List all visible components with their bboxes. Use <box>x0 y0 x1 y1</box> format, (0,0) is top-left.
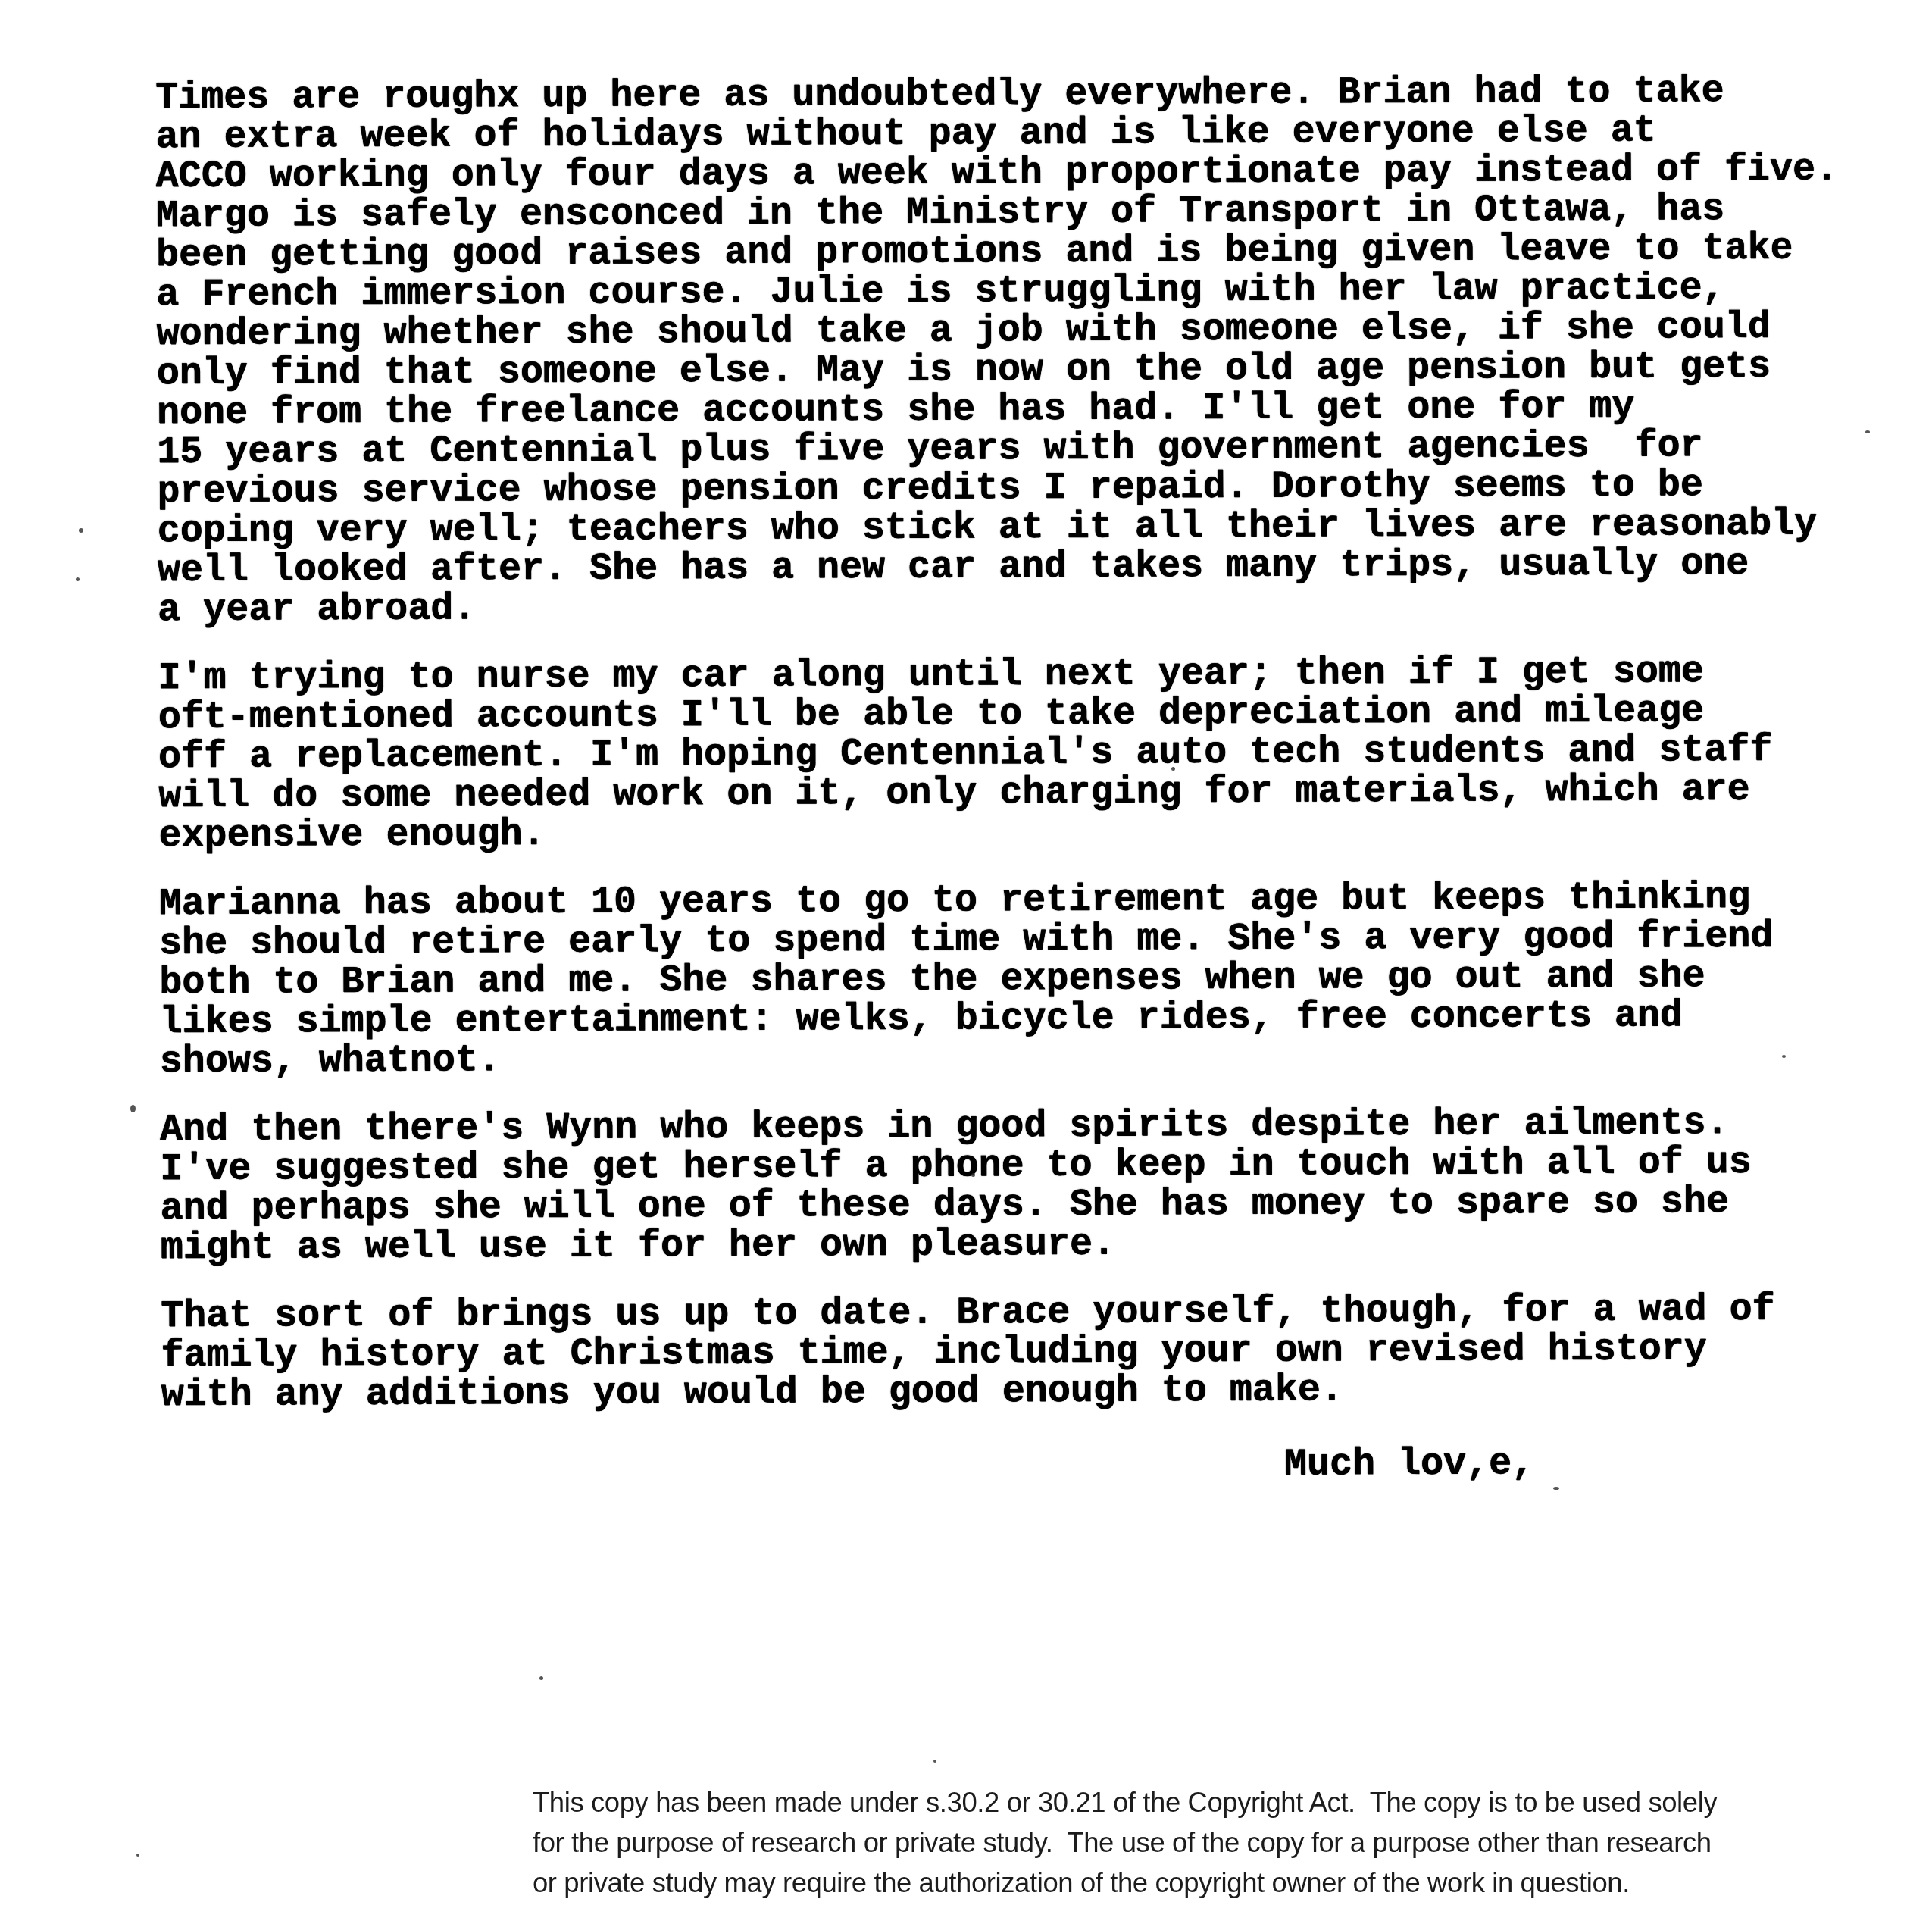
letter-line: a year abroad. <box>158 583 1840 630</box>
scan-speck <box>130 1105 136 1112</box>
letter-line: likes simple entertainment: welks, bicyc… <box>159 996 1842 1043</box>
scan-speck <box>1782 1055 1786 1058</box>
scan-speck <box>136 1854 139 1857</box>
letter-line: and perhaps she will one of these days. … <box>160 1182 1843 1229</box>
letter-line: expensive enough. <box>158 809 1841 856</box>
letter-body: Times are roughx up here as undoubtedly … <box>155 71 1843 1490</box>
copyright-notice-line: or private study may require the authori… <box>533 1863 1921 1903</box>
letter-paragraph: That sort of brings us up to date. Brace… <box>161 1290 1843 1416</box>
scan-speck <box>76 577 80 581</box>
letter-paragraph: Marianna has about 10 years to go to ret… <box>159 878 1842 1082</box>
scan-speck <box>933 1760 936 1763</box>
scan-speck <box>850 1320 855 1324</box>
copyright-notice: This copy has been made under s.30.2 or … <box>533 1782 1921 1903</box>
scan-speck <box>1553 1487 1559 1490</box>
letter-line: with any additions you would be good eno… <box>161 1369 1843 1416</box>
scan-speck <box>539 1676 543 1680</box>
letter-line: family history at Christmas time, includ… <box>161 1329 1843 1376</box>
scan-speck <box>1865 430 1870 433</box>
scan-speck <box>79 528 83 533</box>
scanned-letter-page: Times are roughx up here as undoubtedly … <box>0 0 1932 1921</box>
letter-line: might as well use it for her own pleasur… <box>161 1222 1843 1269</box>
letter-closing: Much lov,e, <box>1284 1443 1844 1485</box>
letter-line: will do some needed work on it, only cha… <box>158 770 1841 817</box>
copyright-notice-line: for the purpose of research or private s… <box>533 1822 1921 1863</box>
copyright-notice-line: This copy has been made under s.30.2 or … <box>533 1782 1921 1822</box>
scan-speck <box>1171 767 1175 771</box>
scan-speck <box>971 1173 975 1177</box>
letter-line: well looked after. She has a new car and… <box>158 544 1840 591</box>
letter-line: shows, whatnot. <box>160 1035 1843 1082</box>
letter-paragraph: I'm trying to nurse my car along until n… <box>158 652 1840 856</box>
letter-paragraph: Times are roughx up here as undoubtedly … <box>155 71 1840 630</box>
letter-paragraph: And then there's Wynn who keeps in good … <box>160 1103 1843 1269</box>
letter-paragraphs: Times are roughx up here as undoubtedly … <box>155 71 1843 1416</box>
